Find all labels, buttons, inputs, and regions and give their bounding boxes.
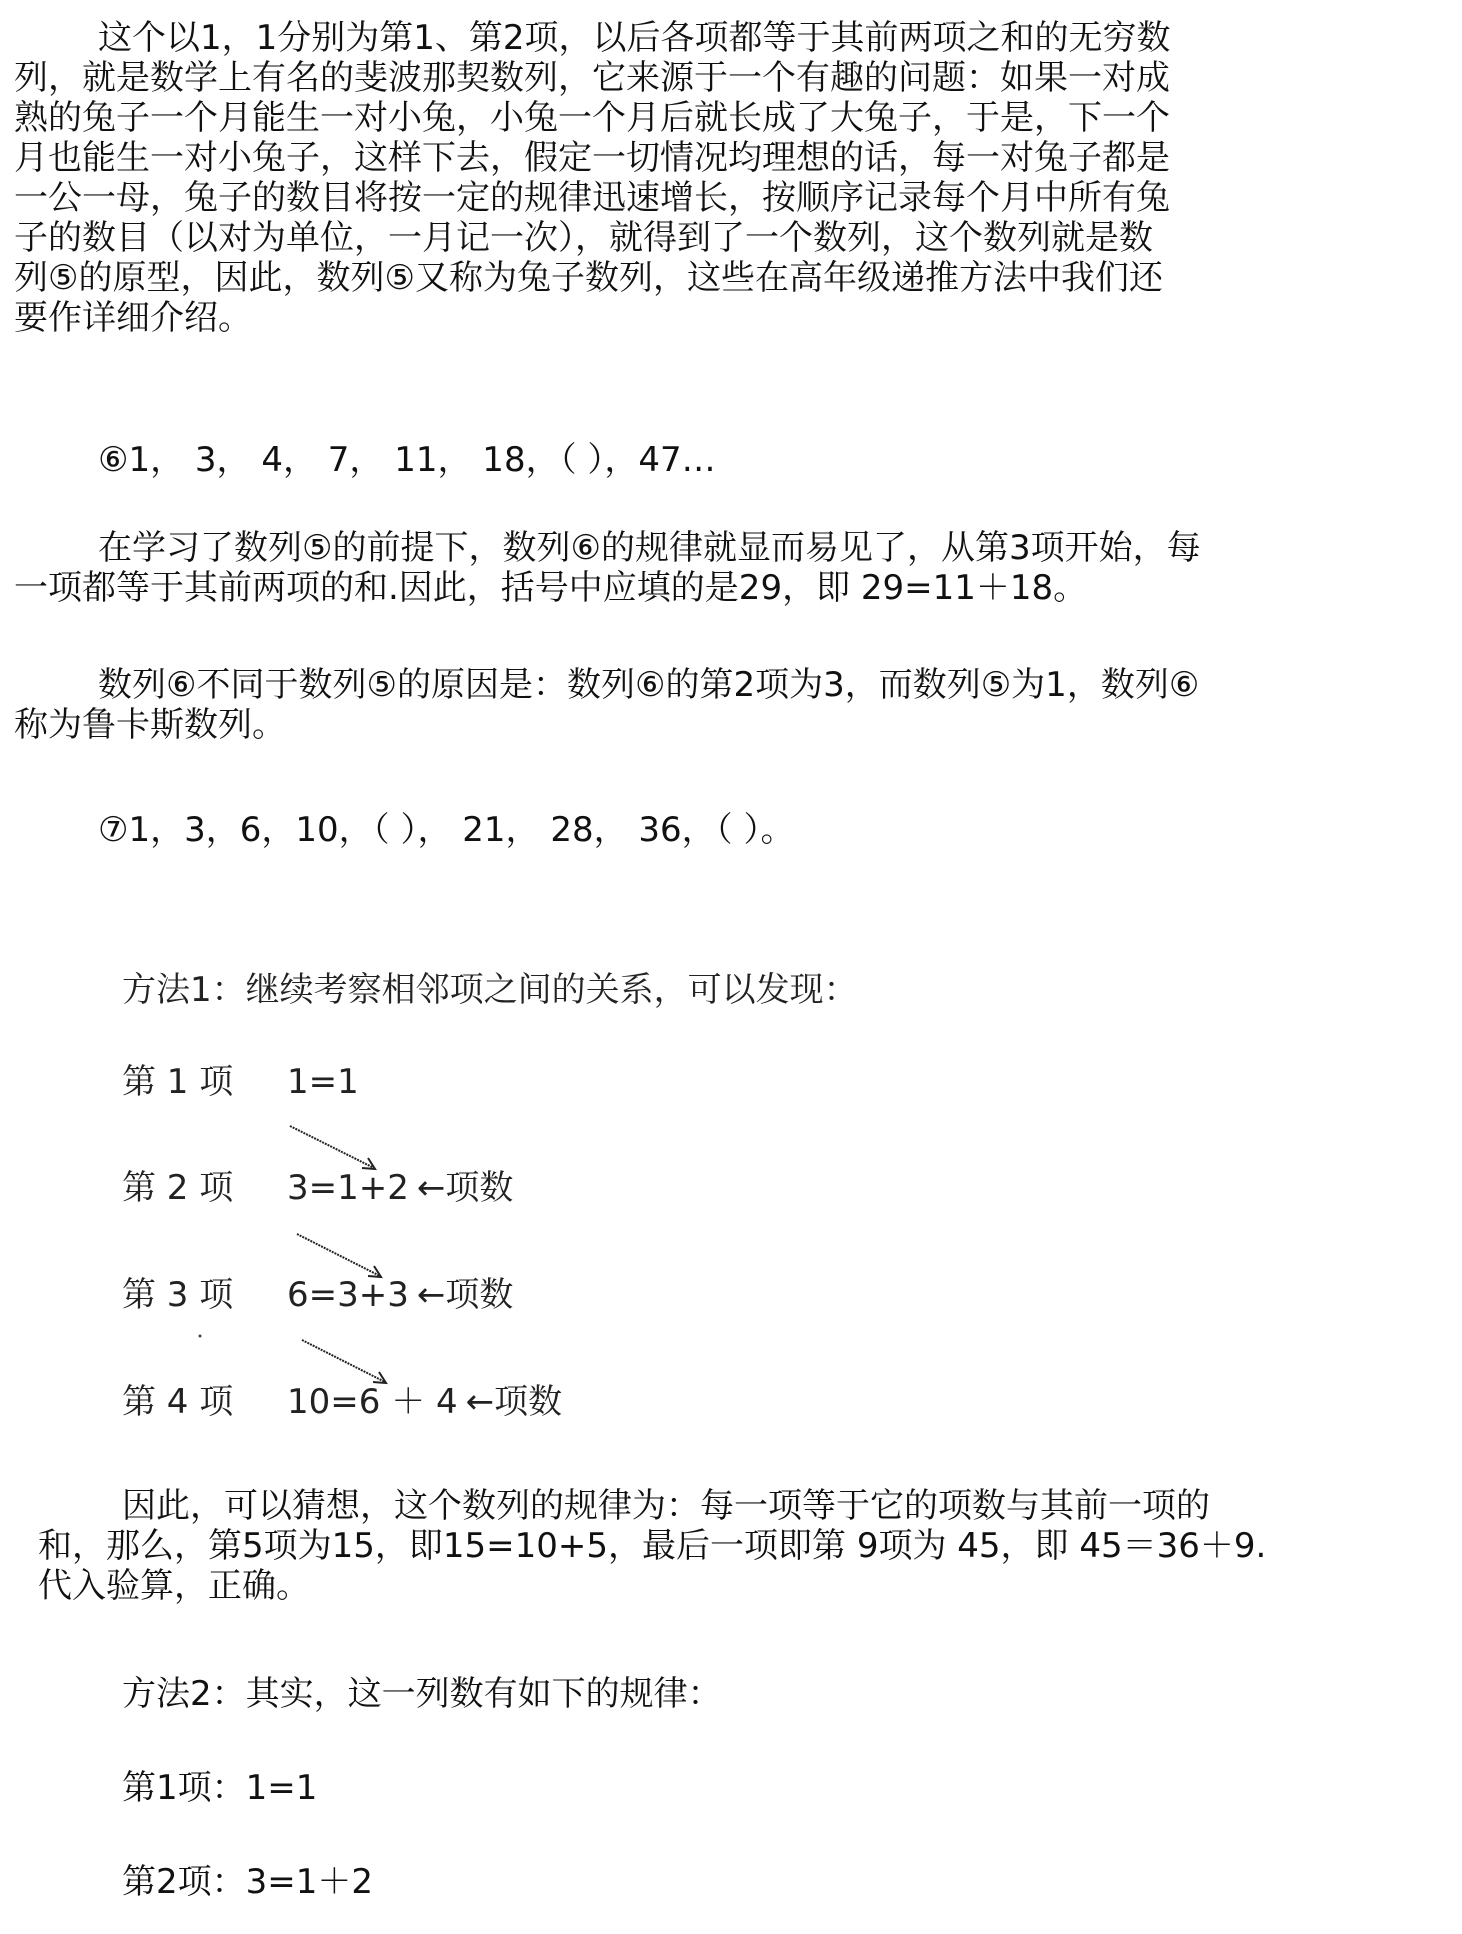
stray-dot: [199, 1335, 202, 1338]
paragraph-line: 列，就是数学上有名的斐波那契数列，它来源于一个有趣的问题：如果一对成: [14, 58, 1171, 98]
diagonal-arrow-icon: [290, 1126, 375, 1169]
paragraph-method-1-conclusion: 因此，可以猜想，这个数列的规律为：每一项等于它的项数与其前一项的 和，那么，第5…: [38, 1486, 1266, 1606]
paragraph-line: 一公一母，兔子的数目将按一定的规律迅速增长，按顺序记录每个月中所有兔: [14, 178, 1171, 218]
paragraph-line: 因此，可以猜想，这个数列的规律为：每一项等于它的项数与其前一项的: [38, 1486, 1266, 1526]
paragraph-lucas-sequence: 数列⑥不同于数列⑤的原因是：数列⑥的第2项为3，而数列⑤为1，数列⑥ 称为鲁卡斯…: [14, 665, 1199, 745]
paragraph-line: 熟的兔子一个月能生一对小兔，小兔一个月后就长成了大兔子，于是，下一个: [14, 98, 1171, 138]
paragraph-line: 月也能生一对小兔子，这样下去，假定一切情况均理想的话，每一对兔子都是: [14, 138, 1171, 178]
paragraph-line: 子的数目（以对为单位，一月记一次），就得到了一个数列，这个数列就是数: [14, 218, 1171, 258]
document-page: 这个以1，1分别为第1、第2项，以后各项都等于其前两项之和的无穷数 列，就是数学…: [0, 0, 1462, 1934]
diagonal-arrow-icon: [302, 1340, 386, 1383]
method-2-row-2: 第2项：3=1＋2: [122, 1862, 373, 1902]
paragraph-line: 代入验算，正确。: [38, 1566, 1266, 1606]
method-1-diagram: 第 1 项1=1 第 2 项3=1+2←项数 第 3 项6=3+3←项数 第 4…: [122, 1062, 642, 1432]
paragraph-line: 这个以1，1分别为第1、第2项，以后各项都等于其前两项之和的无穷数: [14, 18, 1171, 58]
diagonal-arrows: [122, 1062, 642, 1432]
paragraph-line: 称为鲁卡斯数列。: [14, 705, 1199, 745]
method-1-heading: 方法1：继续考察相邻项之间的关系，可以发现：: [122, 970, 858, 1010]
paragraph-line: 一项都等于其前两项的和.因此，括号中应填的是29，即 29=11＋18。: [14, 568, 1201, 608]
paragraph-line: 和，那么，第5项为15，即15=10+5，最后一项即第 9项为 45，即 45＝…: [38, 1526, 1266, 1566]
paragraph-fibonacci-intro: 这个以1，1分别为第1、第2项，以后各项都等于其前两项之和的无穷数 列，就是数学…: [14, 18, 1171, 338]
paragraph-sequence-6-rule: 在学习了数列⑤的前提下，数列⑥的规律就显而易见了，从第3项开始，每 一项都等于其…: [14, 528, 1201, 608]
sequence-6: ⑥1， 3， 4， 7， 11， 18，（ ），47…: [98, 440, 716, 480]
paragraph-line: 数列⑥不同于数列⑤的原因是：数列⑥的第2项为3，而数列⑤为1，数列⑥: [14, 665, 1199, 705]
method-2-heading: 方法2：其实，这一列数有如下的规律：: [122, 1674, 722, 1714]
paragraph-line: 在学习了数列⑤的前提下，数列⑥的规律就显而易见了，从第3项开始，每: [14, 528, 1201, 568]
paragraph-line: 列⑤的原型，因此，数列⑤又称为兔子数列，这些在高年级递推方法中我们还: [14, 258, 1171, 298]
diagonal-arrow-icon: [297, 1234, 381, 1277]
sequence-7: ⑦1，3，6，10，（ ）， 21， 28， 36，（ ）。: [98, 810, 794, 850]
method-2-row-1: 第1项：1=1: [122, 1768, 317, 1808]
paragraph-line: 要作详细介绍。: [14, 298, 1171, 338]
